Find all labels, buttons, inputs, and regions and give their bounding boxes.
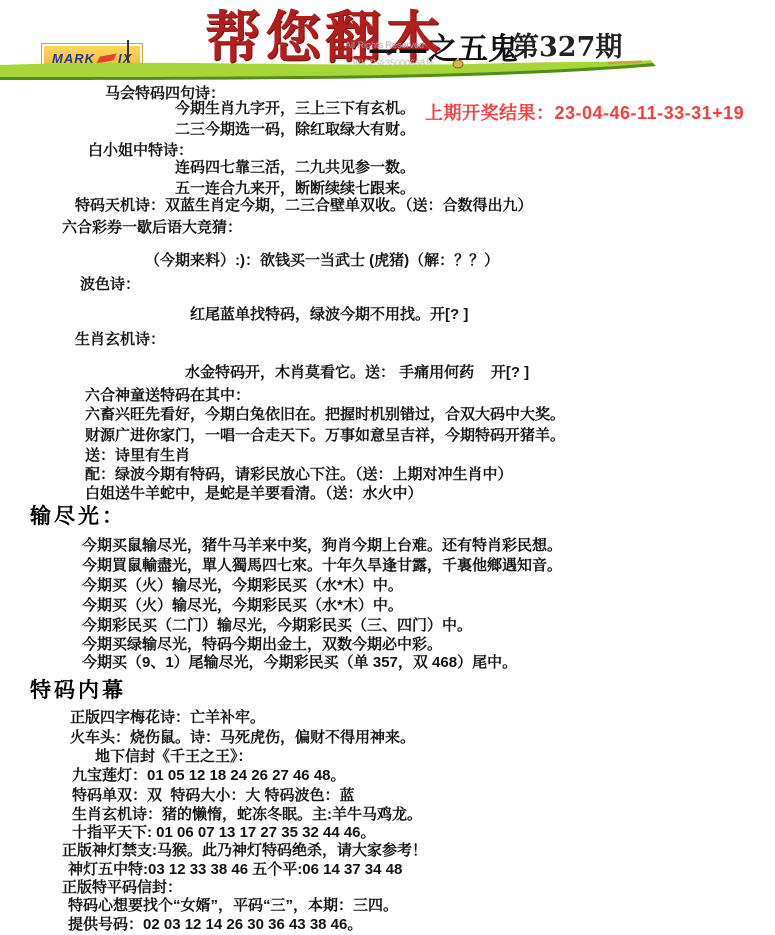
text-line: 白小姐中特诗： xyxy=(88,143,193,160)
text-line: 财源广进你家门，一唱一合走天下。万事如意呈吉祥，今期特码开猪羊。 xyxy=(85,428,565,445)
text-line: 今期买鼠输尽光，猪牛马羊来中奖，狗肖今期上台难。还有特肖彩民想。 xyxy=(82,538,562,555)
text-line: 六畜兴旺先看好，今期白兔依旧在。把握时机别错过，合双大码中大奖。 xyxy=(85,407,565,424)
text-line: 今期买绿输尽光，特码今期出金土，双数今期必中彩。 xyxy=(82,637,442,654)
text-line: 六合彩券一歇后语大竞猜： xyxy=(62,220,242,237)
text-line: 送：诗里有生肖 xyxy=(85,448,190,465)
text-line: 配：绿波今期有特码，请彩民放心下注。（送：上期对冲生肖中） xyxy=(85,467,513,484)
text-line: 火车头：烧伤鼠。诗：马死虎伤，偏财不得用神来。 xyxy=(70,730,415,747)
text-line: 今期買鼠輸盡光，單人獨馬四七來。十年久旱逢甘露，千裏他鄉遇知音。 xyxy=(82,558,562,575)
text-line: 今期生肖九字开，三上三下有玄机。 xyxy=(175,101,415,118)
text-line: 正版四字梅花诗：亡羊补牢。 xyxy=(70,710,265,727)
text-line: 十指平天下: 01 06 07 13 17 27 35 32 44 46。 xyxy=(72,825,376,842)
text-line: （今期来料）:)：欲钱买一当武士 (虎猪)（解：？？） xyxy=(145,253,499,270)
text-line: 六合神童送特码在其中： xyxy=(85,388,250,405)
text-line: 正版神灯禁支:马猴。此乃神灯特码绝杀，请大家参考！ xyxy=(62,843,427,860)
text-line: 神灯五中特:03 12 33 38 46 五个平:06 14 37 34 48 xyxy=(68,862,402,879)
text-line: 今期彩民买（二门）输尽光，今期彩民买（三、四门）中。 xyxy=(82,618,472,635)
text-line: 正版特平码信封： xyxy=(62,880,182,897)
text-line: 提供号码：02 03 12 14 26 30 36 43 38 46。 xyxy=(68,917,362,934)
text-line: 水金特码开，木肖莫看它。送： 手痛用何药 开[? ] xyxy=(185,365,529,382)
text-line: 二三今期选一码，除红取绿大有财。 xyxy=(175,122,415,139)
text-line: 白姐送牛羊蛇中，是蛇是羊要看清。（送：水火中） xyxy=(85,486,423,503)
text-line: 红尾蓝单找特码，绿波今期不用找。开[? ] xyxy=(190,307,468,324)
text-line: 今期买（火）输尽光，今期彩民买（水*木）中。 xyxy=(82,578,403,595)
text-line: 特码单双：双 特码大小：大 特码波色：蓝 xyxy=(72,788,355,805)
text-line: 今期买（9、1）尾输尽光，今期彩民买（单 357，双 468）尾中。 xyxy=(82,655,517,672)
last-draw-result: 上期开奖结果：23-04-46-11-33-31+19 xyxy=(425,104,744,124)
section-heading: 输尽光： xyxy=(30,505,126,528)
text-line: 波色诗： xyxy=(80,277,140,294)
watermark-rights: All Rights Reserved xyxy=(345,40,424,50)
grass-banner-graphic xyxy=(0,56,775,86)
text-line: 特码心想要找个“女婿”，平码“三”，本期：三四。 xyxy=(68,898,398,915)
text-line: 特码天机诗：双蓝生肖定今期，二三合壁单双收。（送：合数得出九） xyxy=(75,198,533,215)
text-line: 地下信封《千王之王》： xyxy=(95,749,253,766)
snail-icon xyxy=(453,60,463,68)
tip-sheet-page: 帮您翻本 ——之五鬼 第327期 All Rights Reserved 闽IC… xyxy=(0,0,775,935)
section-heading: 特码内幕 xyxy=(30,679,126,702)
text-line: 九宝莲灯：01 05 12 18 24 26 27 46 48。 xyxy=(72,768,346,785)
text-line: 生肖玄机诗： xyxy=(75,332,165,349)
text-line: 今期买（火）输尽光，今期彩民买（水*木）中。 xyxy=(82,598,403,615)
text-line: 五一连合九来开，断断续续七跟来。 xyxy=(175,181,415,198)
text-line: 生肖玄机诗：猪的懒惰，蛇冻冬眠。主:羊牛马鸡龙。 xyxy=(72,807,422,824)
text-line: 连码四七靠三活，二九共见参一数。 xyxy=(175,160,415,177)
